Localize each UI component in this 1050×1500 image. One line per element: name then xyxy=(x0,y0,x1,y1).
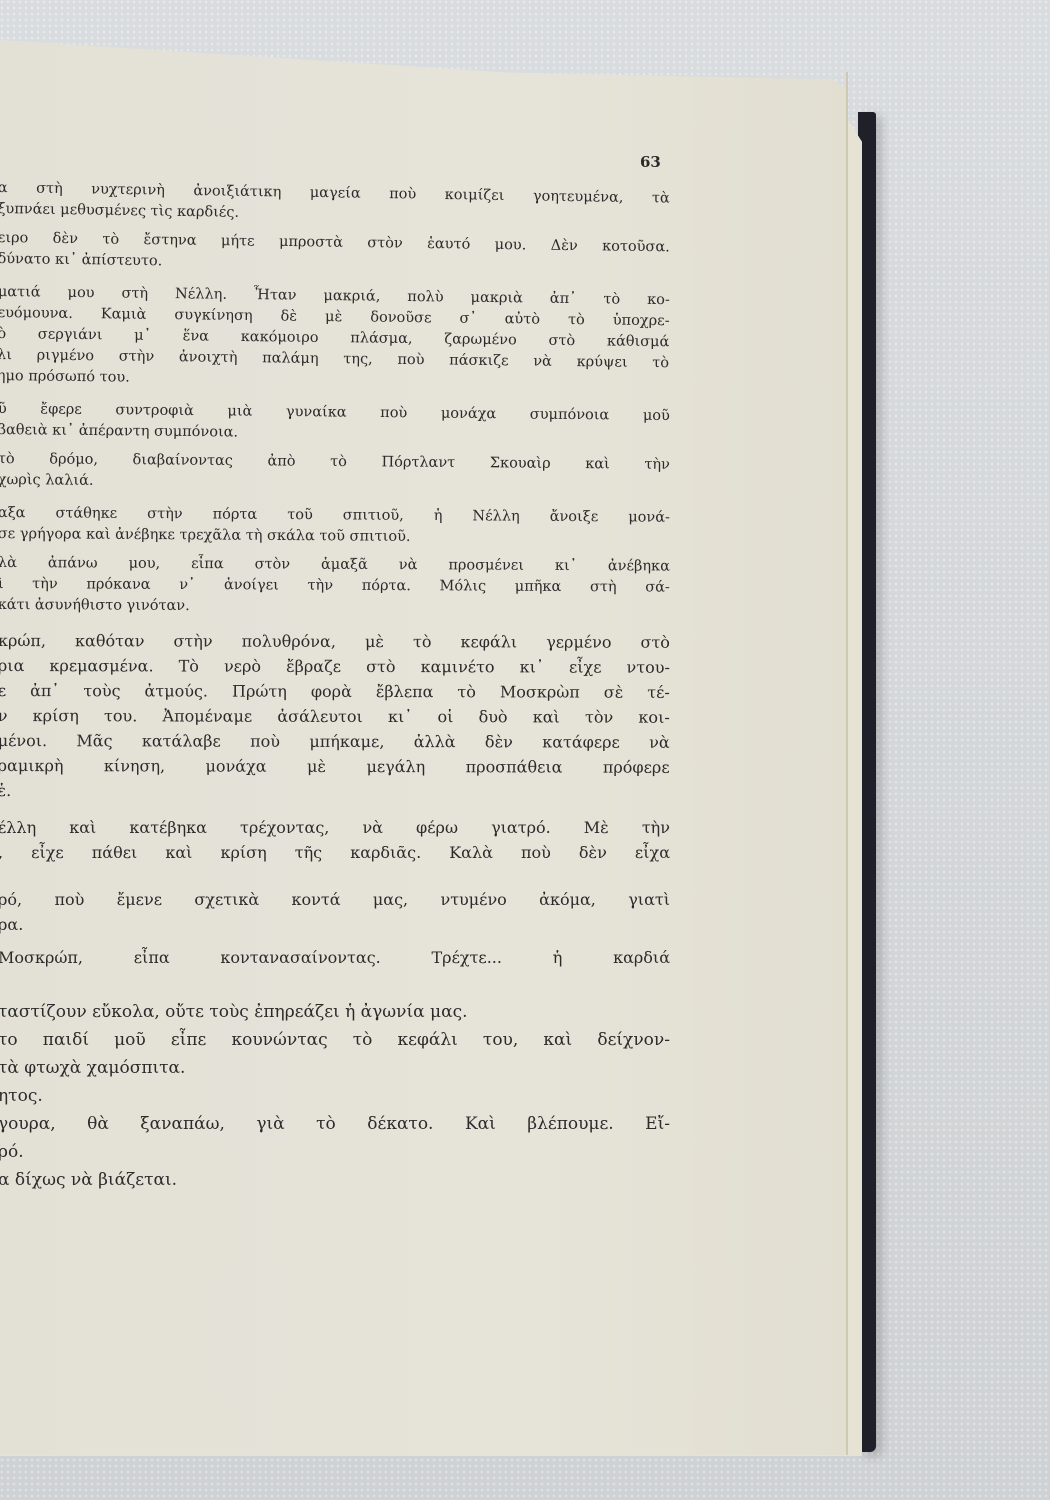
paragraph: αξα στάθηκε στὴν πόρτα τοῦ σπιτιοῦ, ἡ Νέ… xyxy=(0,503,670,550)
text-line: τὰ φτωχὰ χαμόσπιτα. xyxy=(0,1054,670,1082)
text-line: ρό. xyxy=(0,1138,670,1166)
paragraph: κρώπ, καθόταν στὴν πολυθρόνα, μὲ τὸ κεφά… xyxy=(0,628,670,805)
paragraph: ῦ ἔφερε συντροφιὰ μιὰ γυναίκα ποὺ μονάχα… xyxy=(0,399,670,448)
text-line: , εἶχε πάθει καὶ κρίση τῆς καρδιᾶς. Καλὰ… xyxy=(0,840,670,865)
text-line: γουρα, θὰ ξαναπάω, γιὰ τὸ δέκατο. Καὶ βλ… xyxy=(0,1110,670,1138)
text-line: ητος. xyxy=(0,1082,670,1110)
text-line: ρό, ποὺ ἔμενε σχετικὰ κοντά μας, ντυμένο… xyxy=(0,887,670,912)
paragraph: λὰ ἀπάνω μου, εἶπα στὸν ἁμαξᾶ νὰ προσμέν… xyxy=(0,553,670,620)
paragraph: ταστίζουν εὔκολα, οὔτε τοὺς ἐπηρεάζει ἡ … xyxy=(0,998,670,1194)
paragraph: τὸ δρόμο, διαβαίνοντας ἀπὸ τὸ Πόρτλαντ Σ… xyxy=(0,449,670,497)
paragraph: ματιά μου στὴ Νέλλη. Ἦταν μακριά, πολὺ μ… xyxy=(0,282,670,395)
text-line: έλλη καὶ κατέβηκα τρέχοντας, νὰ φέρω για… xyxy=(0,815,670,840)
text-line: ἑ. xyxy=(0,778,670,805)
page-text-block: α στὴ νυχτερινὴ ἀνοιξιάτικη μαγεία ποὺ κ… xyxy=(0,178,670,1194)
text-line: ν κρίση του. Ἀπομέναμε ἀσάλευτοι κι᾿ οἱ … xyxy=(0,703,670,730)
text-line: ρα. xyxy=(0,912,670,937)
page-edge-line xyxy=(846,72,848,1455)
text-line: μένοι. Μᾶς κατάλαβε ποὺ μπήκαμε, ἀλλὰ δὲ… xyxy=(0,728,670,755)
text-line: α δίχως νὰ βιάζεται. xyxy=(0,1166,670,1194)
paragraph: ρό, ποὺ ἔμενε σχετικὰ κοντά μας, ντυμένο… xyxy=(0,887,670,937)
text-line: το παιδί μοῦ εἶπε κουνώντας τὸ κεφάλι το… xyxy=(0,1026,670,1054)
page-number: 63 xyxy=(640,153,661,171)
text-line: Μοσκρώπ, εἶπα κοντανασαίνοντας. Τρέχτε..… xyxy=(0,945,670,970)
text-line: ρια κρεμασμένα. Τὸ νερὸ ἔβραζε στὸ καμιν… xyxy=(0,653,670,680)
text-line: ε ἀπ᾿ τοὺς ἀτμούς. Πρώτη φορὰ ἔβλεπα τὸ … xyxy=(0,678,670,705)
text-line: ταστίζουν εὔκολα, οὔτε τοὺς ἐπηρεάζει ἡ … xyxy=(0,998,670,1026)
paragraph: Μοσκρώπ, εἶπα κοντανασαίνοντας. Τρέχτε..… xyxy=(0,945,670,970)
paragraph: έλλη καὶ κατέβηκα τρέχοντας, νὰ φέρω για… xyxy=(0,815,670,865)
text-line: κάτι ἀσυνήθιστο γινόταν. xyxy=(0,595,670,620)
text-line: ραμικρὴ κίνηση, μονάχα μὲ μεγάλη προσπάθ… xyxy=(0,753,670,780)
text-line: κρώπ, καθόταν στὴν πολυθρόνα, μὲ τὸ κεφά… xyxy=(0,628,670,655)
